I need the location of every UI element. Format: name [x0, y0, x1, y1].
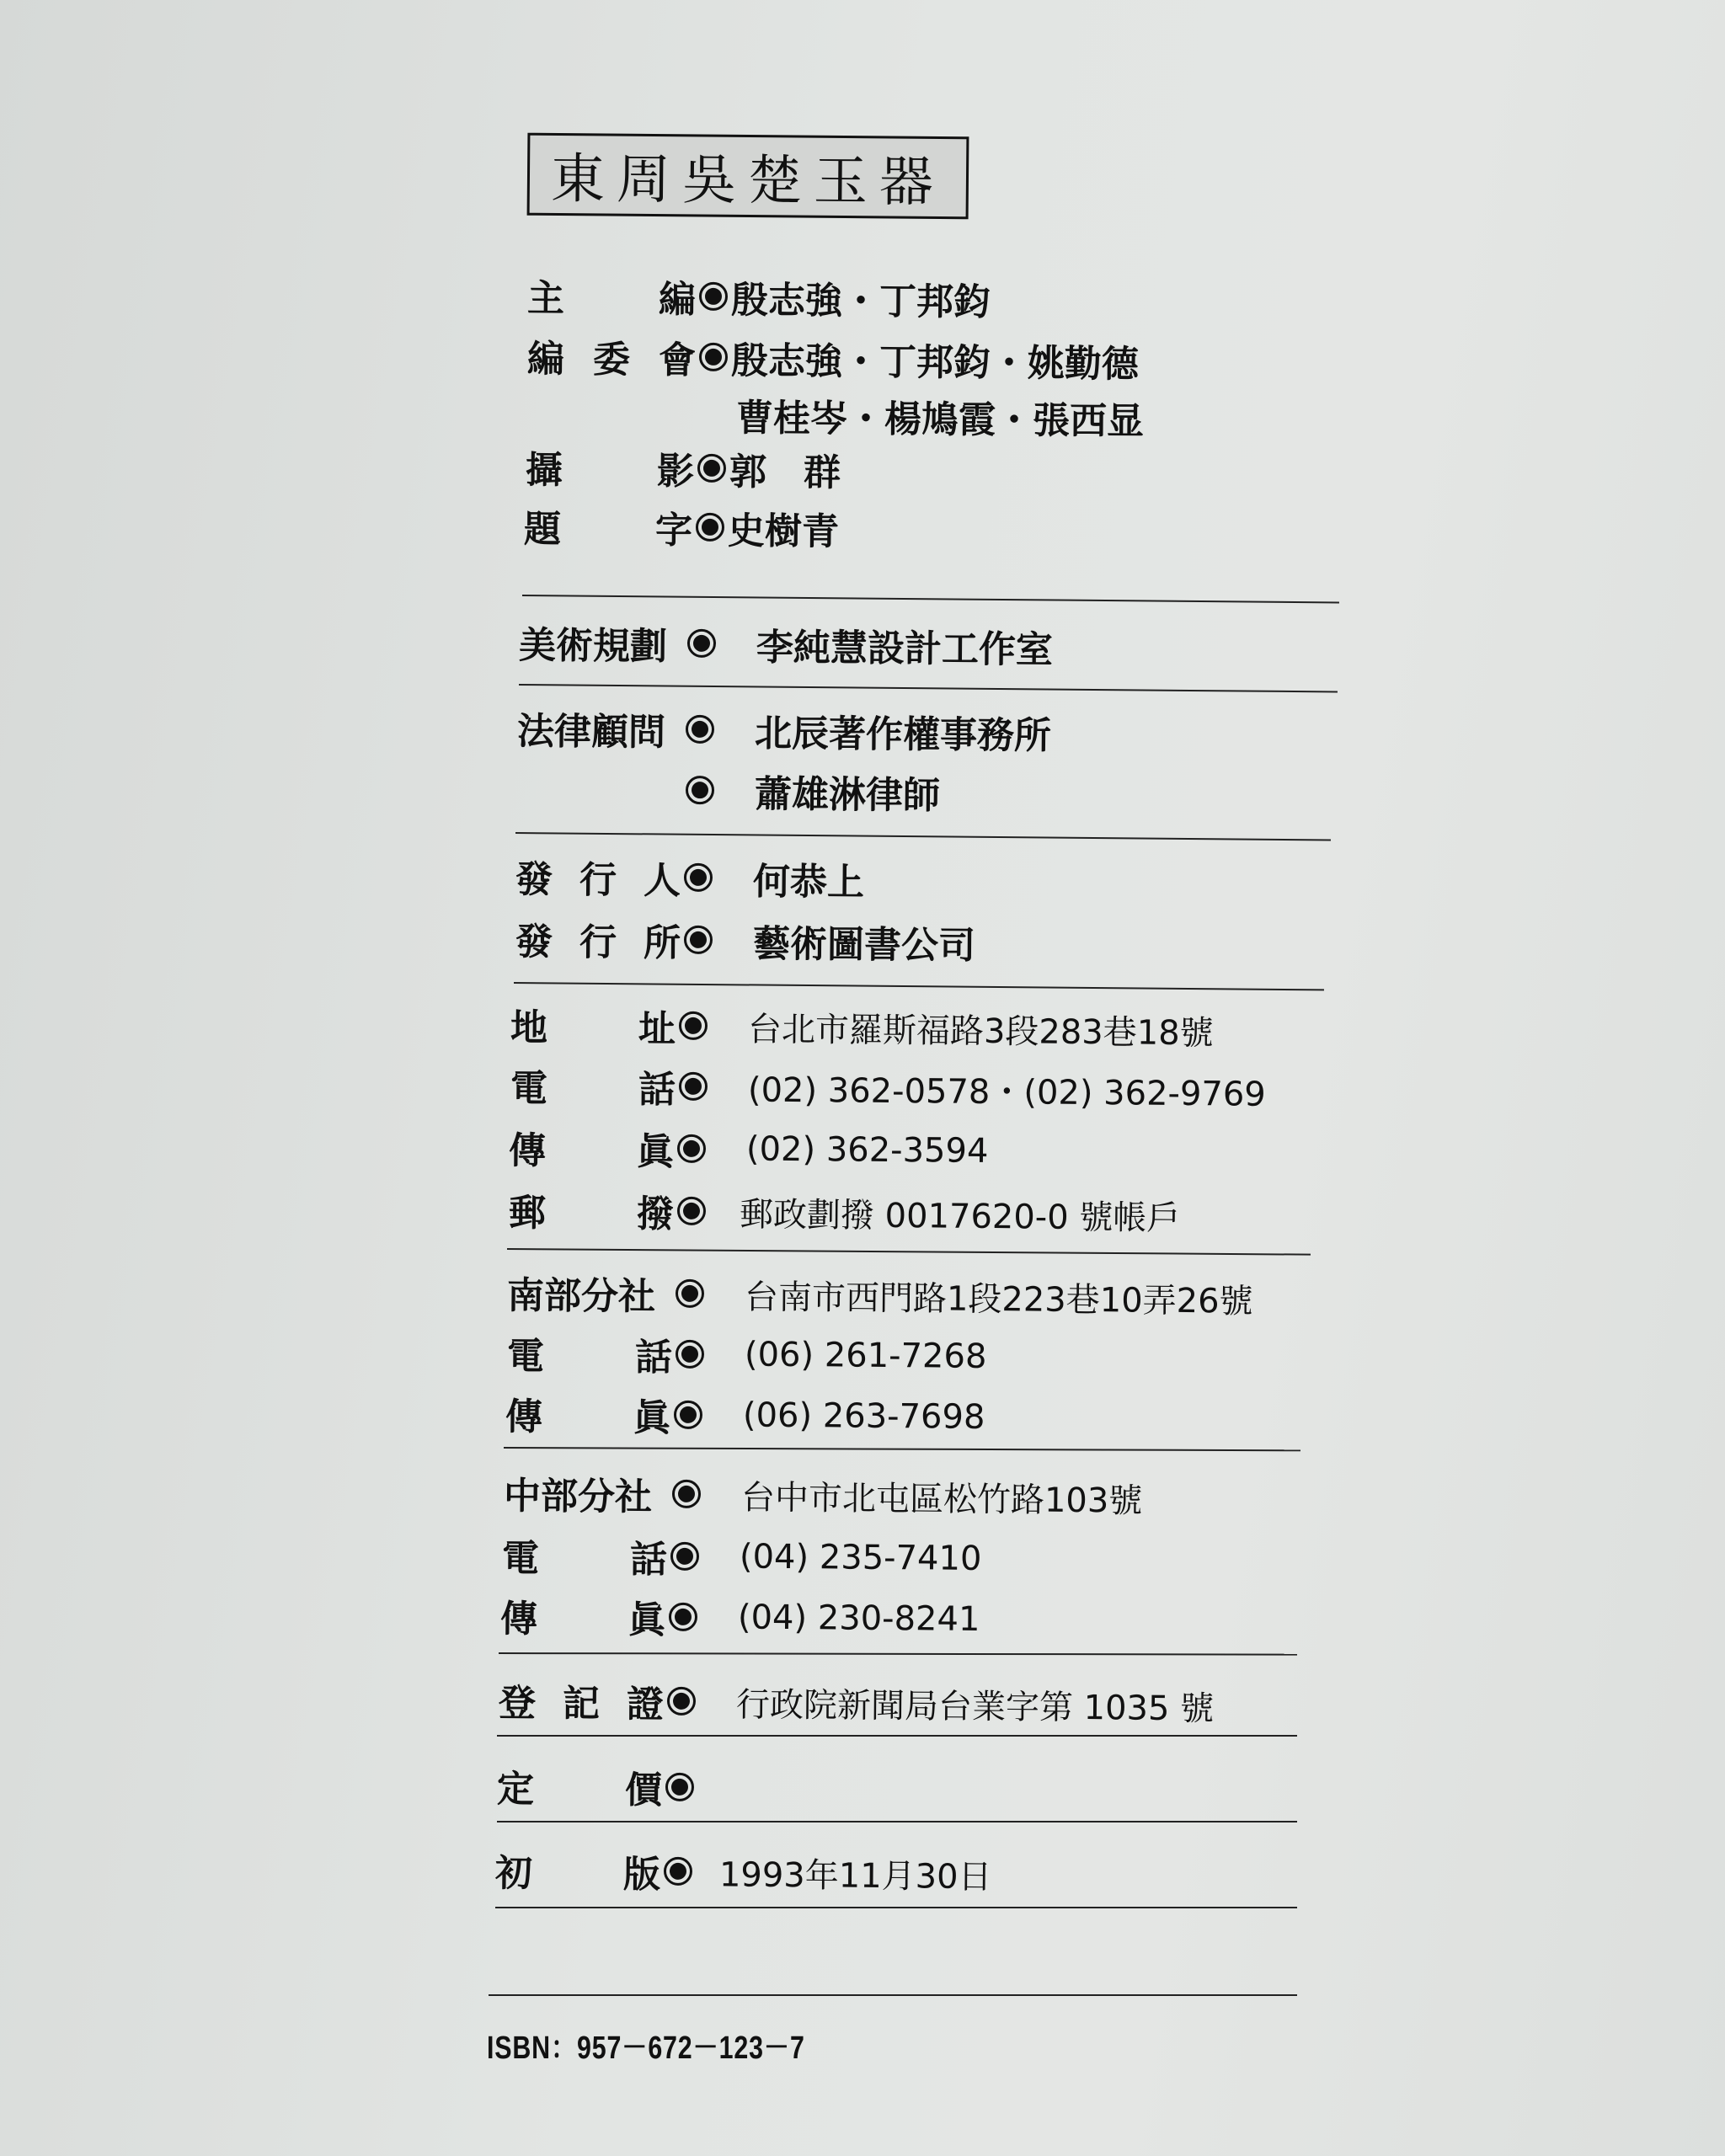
bullet-icon — [677, 1197, 706, 1225]
bullet-icon — [684, 863, 713, 892]
credit-row-chief-editor: 主編 殷志強・丁邦鈞 — [527, 268, 991, 326]
central-branch-fax-row: 傳眞 (04) 230-8241 — [500, 1588, 980, 1646]
bullet-icon — [665, 1773, 694, 1801]
central-branch-address-row: 中部分社 台中市北屯區松竹路103號 — [504, 1465, 1143, 1525]
book-title: 東周吳楚玉器 — [551, 136, 946, 216]
phone-row: 電話 (02) 362-0578・(02) 362-9769 — [510, 1058, 1266, 1118]
bullet-icon — [667, 1687, 696, 1716]
divider — [497, 1821, 1297, 1822]
art-direction-row: 美術規劃 李純慧設計工作室 — [519, 615, 1054, 674]
divider — [489, 1994, 1297, 1996]
bullet-icon — [697, 454, 726, 483]
legal-counsel-row-2: 蕭雄淋律師 — [682, 763, 941, 819]
publisher-company-row: 發行所 藝術圖書公司 — [515, 911, 976, 969]
bullet-icon — [672, 1480, 701, 1508]
registration-row: 登記證 行政院新聞局台業字第 1035 號 — [499, 1673, 1215, 1732]
credit-row-editorial-board: 編委會 殷志強・丁邦鈞・姚勤德 — [527, 328, 1140, 387]
legal-counsel-row: 法律顧問 北辰著作權事務所 — [517, 701, 1052, 760]
credit-value: 殷志強・丁邦鈞 — [731, 269, 991, 326]
bullet-icon — [699, 282, 728, 311]
credit-row-calligraphy: 題字 史樹青 — [524, 499, 840, 555]
central-branch-phone-row: 電話 (04) 235-7410 — [502, 1528, 982, 1586]
bullet-icon — [699, 343, 728, 371]
bullet-icon — [670, 1542, 699, 1571]
bullet-icon — [686, 715, 714, 744]
bullet-icon — [674, 1401, 702, 1429]
address-row: 地址 台北市羅斯福路3段283巷18號 — [510, 997, 1214, 1057]
bullet-icon — [684, 926, 713, 954]
bullet-icon — [664, 1857, 692, 1886]
credit-row-editorial-board-cont: 曹桂岑・楊鳩霞・張西显 — [736, 387, 1145, 445]
divider — [495, 1907, 1297, 1908]
bullet-icon — [686, 776, 714, 804]
credit-value: 曹桂岑・楊鳩霞・張西显 — [736, 387, 1145, 445]
isbn: ISBN：957－672－123－7 — [487, 2021, 805, 2068]
credit-value: 史樹青 — [728, 500, 840, 555]
credit-row-photography: 攝影 郭 群 — [526, 440, 841, 496]
south-branch-fax-row: 傳眞 (06) 263-7698 — [505, 1386, 985, 1444]
fax-row: 傳眞 (02) 362-3594 — [509, 1120, 989, 1178]
bullet-icon — [677, 1134, 706, 1163]
bullet-icon — [676, 1340, 704, 1369]
bullet-icon — [687, 629, 716, 658]
first-edition-row: 初版 1993年11月30日 — [495, 1843, 992, 1901]
bullet-icon — [676, 1279, 704, 1308]
credit-value: 殷志強・丁邦鈞・姚勤德 — [731, 330, 1140, 387]
south-branch-phone-row: 電話 (06) 261-7268 — [507, 1326, 987, 1384]
bullet-icon — [679, 1011, 708, 1040]
bullet-icon — [696, 513, 724, 542]
price-row: 定價 — [497, 1758, 735, 1814]
book-title-box: 東周吳楚玉器 — [527, 133, 969, 220]
publisher-person-row: 發行人 何恭上 — [515, 849, 865, 906]
bullet-icon — [679, 1072, 708, 1101]
south-branch-address-row: 南部分社 台南市西門路1段223巷10弄26號 — [507, 1265, 1253, 1326]
credit-value: 郭 群 — [729, 441, 841, 496]
postal-transfer-row: 郵撥 郵政劃撥 0017620-0 號帳戶 — [509, 1182, 1181, 1242]
bullet-icon — [669, 1603, 697, 1631]
divider — [497, 1735, 1297, 1737]
